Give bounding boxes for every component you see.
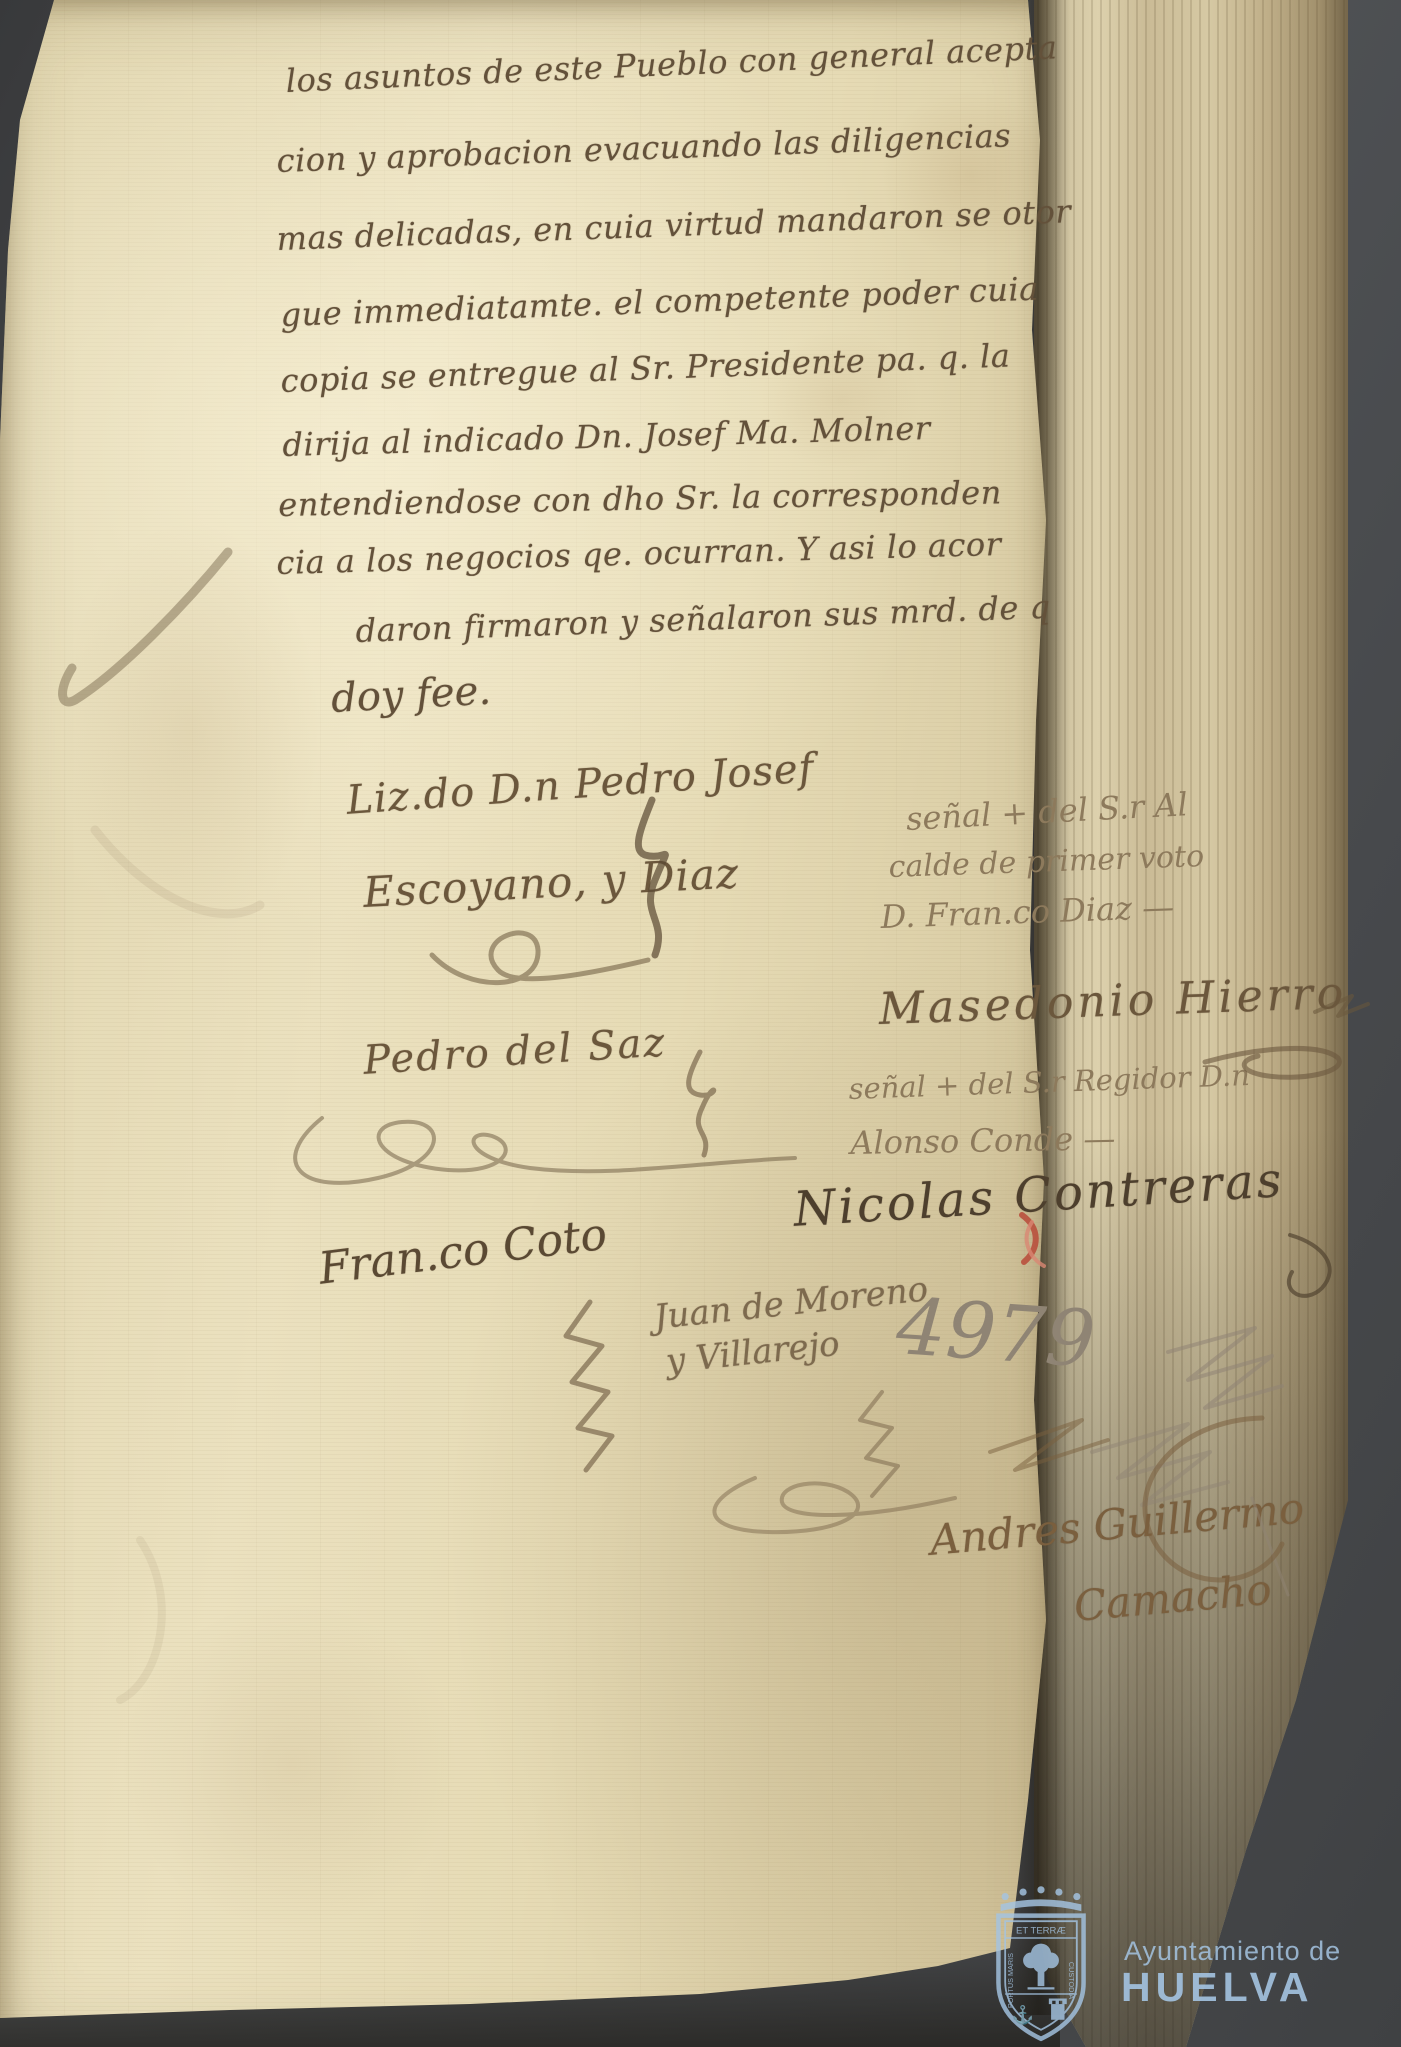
shield-motto-top: ET TERRÆ — [1016, 1926, 1066, 1937]
senal-regidor-line2: Alonso Conde — — [850, 1119, 1116, 1162]
scanned-manuscript-page: los asuntos de este Pueblo con general a… — [0, 0, 1401, 2047]
shield-anchor-icon: ⚓ — [1012, 2004, 1034, 2026]
manuscript-line: doy fee. — [330, 668, 492, 722]
huelva-shield-icon: ET TERRÆ PORTUS MARIS CUSTODIA ⚓ — [985, 1886, 1097, 2046]
shield-motto-left: PORTUS MARIS — [1006, 1953, 1015, 2008]
shield-tree — [1023, 1944, 1059, 1987]
watermark-org-line2: HUELVA — [1121, 1964, 1313, 2011]
folio-number-pencil: 4979 — [894, 1282, 1098, 1386]
shield-motto-right: CUSTODIA — [1067, 1962, 1076, 2000]
watermark-org-line1: Ayuntamiento de — [1124, 1936, 1341, 1967]
shield-tower — [1049, 1998, 1067, 2019]
